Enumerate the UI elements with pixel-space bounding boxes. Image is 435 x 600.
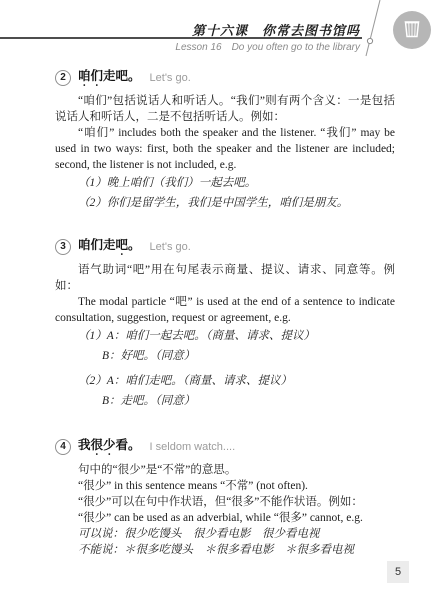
explanation-zh: “咱们”包括说话人和听话人。“我们”则有两个含义：一是包括说话人和听话人，二是不… [55, 93, 395, 125]
page-number: 5 [387, 561, 409, 583]
header-ornament-line [358, 0, 388, 58]
explanation-en: “很少” in this sentence means “不常” (not of… [55, 478, 395, 494]
example-sentence: （1）晚上咱们（我们）一起去吧。 [55, 173, 395, 193]
section-3-heading: 3 咱们走吧。 Let's go. [55, 235, 395, 258]
section-2-heading: 2 咱们走吧。 Let's go. [55, 66, 395, 89]
book-icon [400, 18, 424, 42]
usage-example-line: 不能说：＊很多吃馒头 ＊很多看电影 ＊很多看电视 [55, 542, 395, 558]
explanation-en: “咱们” includes both the speaker and the l… [55, 125, 395, 173]
section-4-body: 句中的“很少”是“不常”的意思。 “很少” in this sentence m… [55, 462, 395, 558]
textbook-page: 第十六课 你常去图书馆吗 Lesson 16Do you often go to… [0, 0, 435, 600]
section-heading-zh: 咱们走吧。 [78, 66, 141, 89]
section-heading-zh: 我很少看。 [78, 435, 141, 458]
explanation-en: The modal particle “吧” is used at the en… [55, 294, 395, 326]
section-3: 3 咱们走吧。 Let's go. 语气助词“吧”用在句尾表示商量、提议、请求、… [55, 235, 395, 411]
lesson-title-en: Lesson 16Do you often go to the library [175, 42, 360, 53]
section-4: 4 我很少看。 I seldom watch.... 句中的“很少”是“不常”的… [55, 435, 395, 558]
explanation-en: “很少” can be used as an adverbial, while … [55, 510, 395, 526]
section-number-badge: 2 [55, 70, 71, 86]
section-4-heading: 4 我很少看。 I seldom watch.... [55, 435, 395, 458]
section-heading-en: Let's go. [150, 72, 191, 84]
lesson-number-label: Lesson 16 [175, 42, 221, 53]
dialog-a-line: （1）A：咱们一起去吧。（商量、请求、提议） [55, 326, 395, 346]
section-2: 2 咱们走吧。 Let's go. “咱们”包括说话人和听话人。“我们”则有两个… [55, 66, 395, 213]
publisher-logo [393, 11, 431, 49]
dialog-b-line: B：好吧。（同意） [55, 346, 395, 366]
section-heading-en: Let's go. [150, 241, 191, 253]
lesson-subtitle-label: Do you often go to the library [232, 42, 360, 53]
section-heading-zh: 咱们走吧。 [78, 235, 141, 258]
page-content: 2 咱们走吧。 Let's go. “咱们”包括说话人和听话人。“我们”则有两个… [55, 66, 395, 558]
section-number-badge: 3 [55, 239, 71, 255]
section-heading-en: I seldom watch.... [150, 441, 236, 453]
section-3-body: 语气助词“吧”用在句尾表示商量、提议、请求、同意等。例如： The modal … [55, 262, 395, 411]
section-2-body: “咱们”包括说话人和听话人。“我们”则有两个含义：一是包括说话人和听话人，二是不… [55, 93, 395, 213]
section-number-badge: 4 [55, 439, 71, 455]
example-sentence: （2）你们是留学生，我们是中国学生，咱们是朋友。 [55, 193, 395, 213]
explanation-zh: 句中的“很少”是“不常”的意思。 [55, 462, 395, 478]
explanation-zh: 语气助词“吧”用在句尾表示商量、提议、请求、同意等。例如： [55, 262, 395, 294]
header-rule [0, 37, 362, 39]
usage-example-line: 可以说：很少吃馒头 很少看电影 很少看电视 [55, 526, 395, 542]
dialog-a-line: （2）A：咱们走吧。（商量、请求、提议） [55, 371, 395, 391]
dialog-b-line: B：走吧。（同意） [55, 391, 395, 411]
explanation-zh: “很少”可以在句中作状语，但“很多”不能作状语。例如： [55, 494, 395, 510]
